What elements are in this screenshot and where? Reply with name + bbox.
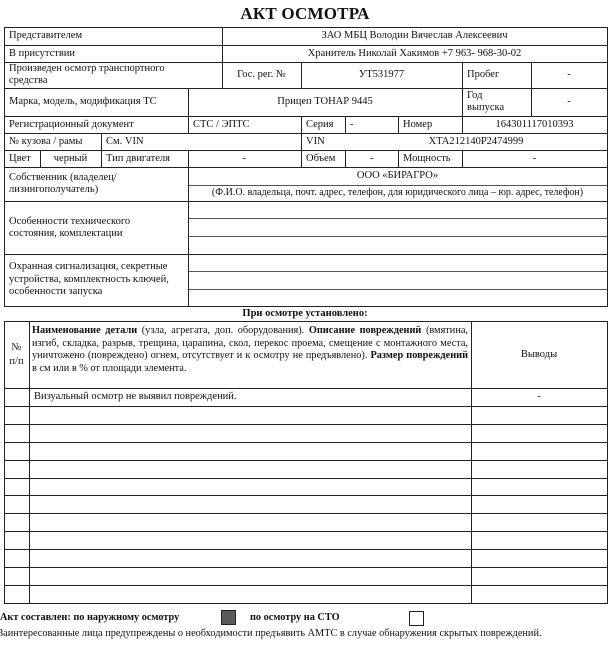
row-conclusion[interactable] bbox=[471, 549, 607, 567]
row-number[interactable] bbox=[4, 531, 29, 549]
engine-type-label: Тип двигателя bbox=[101, 150, 188, 167]
row-conclusion[interactable] bbox=[471, 495, 607, 513]
warning-text: Заинтересованные лица предупреждены о не… bbox=[0, 628, 542, 639]
row-description[interactable] bbox=[29, 424, 471, 442]
external-inspection-checkbox[interactable] bbox=[221, 610, 236, 625]
vin-value: XTA212140P2474999 bbox=[345, 133, 607, 150]
column-header-conclusions: Выводы bbox=[471, 321, 607, 388]
document-title: АКТ ОСМОТРА bbox=[0, 4, 610, 24]
row-conclusion[interactable] bbox=[471, 406, 607, 424]
alarm-line[interactable] bbox=[188, 289, 607, 306]
owner-label: Собственник (владелец/лизингополучатель) bbox=[4, 167, 188, 201]
series-label: Серия bbox=[301, 116, 345, 133]
mileage-value: - bbox=[531, 62, 607, 88]
row-conclusion[interactable] bbox=[471, 442, 607, 460]
row-description[interactable] bbox=[29, 531, 471, 549]
row-description[interactable] bbox=[29, 513, 471, 531]
mileage-label: Пробег bbox=[462, 62, 531, 88]
row-conclusion[interactable] bbox=[471, 585, 607, 603]
row-number[interactable] bbox=[4, 388, 29, 406]
alarm-line[interactable] bbox=[188, 254, 607, 271]
row-conclusion[interactable]: - bbox=[471, 388, 607, 406]
row-number[interactable] bbox=[4, 460, 29, 478]
row-description[interactable] bbox=[29, 478, 471, 496]
row-description[interactable] bbox=[29, 495, 471, 513]
tech-condition-line[interactable] bbox=[188, 236, 607, 254]
owner-value: ООО «БИРАГРО» bbox=[188, 167, 607, 185]
column-header-number: № п/п bbox=[4, 321, 29, 388]
number-value: 164301117010393 bbox=[462, 116, 607, 133]
row-conclusion[interactable] bbox=[471, 567, 607, 585]
model-value: Прицеп ТОНАР 9445 bbox=[188, 88, 462, 116]
row-number[interactable] bbox=[4, 585, 29, 603]
body-label: № кузова / рамы bbox=[4, 133, 101, 150]
representative-label: Представителем bbox=[4, 27, 222, 45]
alarm-label: Охранная сигнализация, секретные устройс… bbox=[4, 254, 188, 306]
year-value: - bbox=[531, 88, 607, 116]
row-conclusion[interactable] bbox=[471, 513, 607, 531]
desc-size-title: Размер повреждений bbox=[370, 350, 468, 361]
row-description[interactable] bbox=[29, 567, 471, 585]
year-label: Год выпуска bbox=[462, 88, 531, 116]
number-label: Номер bbox=[398, 116, 462, 133]
tech-condition-line[interactable] bbox=[188, 201, 607, 218]
row-number[interactable] bbox=[4, 424, 29, 442]
tech-condition-line[interactable] bbox=[188, 218, 607, 236]
reg-doc-value: СТС / ЭПТС bbox=[188, 116, 301, 133]
composed-by-label: Акт составлен: по наружному осмотру bbox=[0, 612, 179, 623]
body-value: См. VIN bbox=[101, 133, 301, 150]
engine-type-value: - bbox=[188, 150, 301, 167]
presence-value: Хранитель Николай Хакимов +7 963- 968-30… bbox=[222, 45, 607, 62]
row-conclusion[interactable] bbox=[471, 478, 607, 496]
owner-hint: (Ф.И.О. владельца, почт. адрес, телефон,… bbox=[188, 185, 607, 201]
presence-label: В присутствии bbox=[4, 45, 222, 62]
row-description[interactable]: Визуальный осмотр не выявил повреждений. bbox=[29, 388, 471, 406]
row-number[interactable] bbox=[4, 567, 29, 585]
reg-number-label: Гос. рег. № bbox=[222, 62, 301, 88]
desc-size-hint: в см или в % от площади элемента. bbox=[32, 363, 186, 374]
desc-damage-title: Описание повреждений bbox=[309, 325, 421, 336]
representative-value: ЗАО МБЦ Володин Вячеслав Алексеевич bbox=[222, 27, 607, 45]
tech-condition-label: Особенности технического состояния, комп… bbox=[4, 201, 188, 254]
row-description[interactable] bbox=[29, 549, 471, 567]
series-value: - bbox=[345, 116, 398, 133]
column-header-description: Наименование детали (узла, агрегата, доп… bbox=[29, 325, 471, 388]
volume-value: - bbox=[345, 150, 398, 167]
row-conclusion[interactable] bbox=[471, 531, 607, 549]
alarm-line[interactable] bbox=[188, 271, 607, 289]
sto-inspection-label: по осмотру на СТО bbox=[250, 612, 340, 623]
power-value: - bbox=[462, 150, 607, 167]
reg-doc-label: Регистрационный документ bbox=[4, 116, 188, 133]
row-number[interactable] bbox=[4, 549, 29, 567]
row-conclusion[interactable] bbox=[471, 460, 607, 478]
row-number[interactable] bbox=[4, 495, 29, 513]
row-description[interactable] bbox=[29, 442, 471, 460]
row-description[interactable] bbox=[29, 406, 471, 424]
findings-heading: При осмотре установлено: bbox=[0, 307, 610, 321]
desc-part-name-hint: (узла, агрегата, доп. оборудования). bbox=[137, 325, 309, 336]
inspection-label: Произведен осмотр транспортного средства bbox=[4, 62, 222, 88]
row-number[interactable] bbox=[4, 478, 29, 496]
color-value: черный bbox=[40, 150, 101, 167]
row-conclusion[interactable] bbox=[471, 424, 607, 442]
row-number[interactable] bbox=[4, 513, 29, 531]
desc-part-name: Наименование детали bbox=[32, 325, 137, 336]
reg-number-value: УТ531977 bbox=[301, 62, 462, 88]
row-description[interactable] bbox=[29, 460, 471, 478]
sto-inspection-checkbox[interactable] bbox=[409, 611, 424, 626]
row-number[interactable] bbox=[4, 442, 29, 460]
vin-label: VIN bbox=[301, 133, 345, 150]
row-number[interactable] bbox=[4, 406, 29, 424]
color-label: Цвет bbox=[4, 150, 40, 167]
power-label: Мощность bbox=[398, 150, 462, 167]
volume-label: Объем bbox=[301, 150, 345, 167]
row-description[interactable] bbox=[29, 585, 471, 603]
model-label: Марка, модель, модификация ТС bbox=[4, 88, 188, 116]
